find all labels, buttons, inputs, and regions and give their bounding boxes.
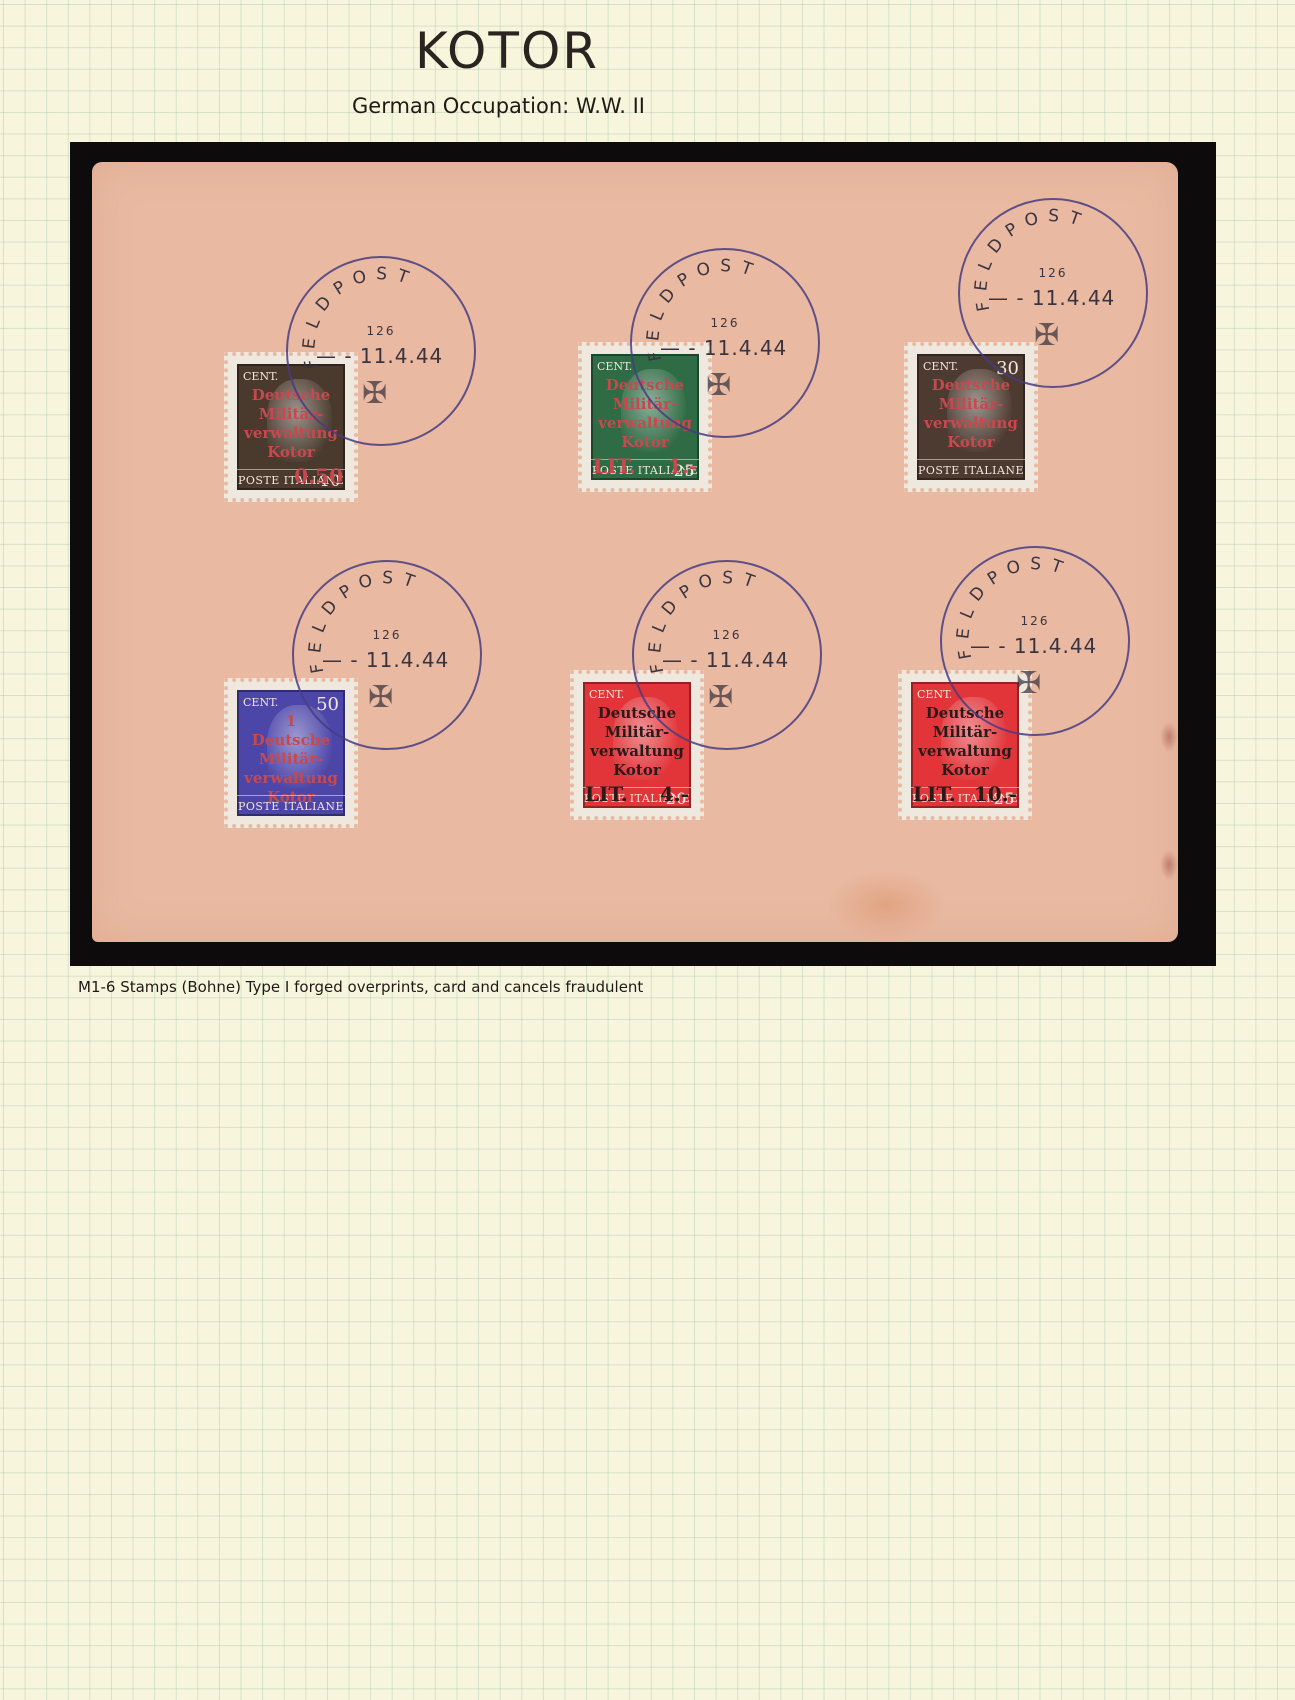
eagle-icon: ✠ [362,376,387,411]
cover-stain-edge [1160,850,1178,880]
stamp-poste-label: POSTE ITALIANE [237,795,345,816]
stamp-cent-label: CENT. [243,370,278,383]
feldpost-cancel: FELDPOST 126 — - 11.4.44 ✠ [630,248,820,438]
stamp-cent-label: CENT. [589,688,624,701]
cover-stain [826,870,946,940]
stamp-cent-label: CENT. [243,696,278,709]
feldpost-cancel: FELDPOST 126 — - 11.4.44 ✠ [286,256,476,446]
page-title: KOTOR [415,22,599,80]
cancel-number: 126 [960,266,1146,280]
cancel-number: 126 [288,324,474,338]
eagle-icon: ✠ [368,680,393,715]
eagle-icon: ✠ [706,368,731,403]
feldpost-cancel: FELDPOST 126 — - 11.4.44 ✠ [940,546,1130,736]
stamp-surcharge: LIT. 1.- [593,454,697,478]
cancel-number: 126 [294,628,480,642]
cover-stain-edge [1160,722,1178,752]
cancel-date: — - 11.4.44 [316,344,443,368]
cancel-date: — - 11.4.44 [322,648,449,672]
feldpost-cancel: FELDPOST 126 — - 11.4.44 ✠ [958,198,1148,388]
stamp-surcharge: 0.50 [239,464,343,488]
cancel-date: — - 11.4.44 [970,634,1097,658]
feldpost-cancel: FELDPOST 126 — - 11.4.44 ✠ [632,560,822,750]
cancel-number: 126 [634,628,820,642]
feldpost-cancel: FELDPOST 126 — - 11.4.44 ✠ [292,560,482,750]
cancel-date: — - 11.4.44 [660,336,787,360]
eagle-icon: ✠ [1016,666,1041,701]
eagle-icon: ✠ [708,680,733,715]
cancel-date: — - 11.4.44 [988,286,1115,310]
cancel-date: — - 11.4.44 [662,648,789,672]
page-subtitle: German Occupation: W.W. II [352,94,645,118]
cancel-number: 126 [632,316,818,330]
stamp-cent-label: CENT. [597,360,632,373]
stamp-surcharge: LIT. 4.- [585,782,689,806]
stamp-poste-label: POSTE ITALIANE [917,459,1025,480]
cancel-number: 126 [942,614,1128,628]
stamp-surcharge: LIT. 10.- [913,782,1017,806]
eagle-icon: ✠ [1034,318,1059,353]
stamp-cent-label: CENT. [923,360,958,373]
page-caption: M1-6 Stamps (Bohne) Type I forged overpr… [78,978,643,996]
